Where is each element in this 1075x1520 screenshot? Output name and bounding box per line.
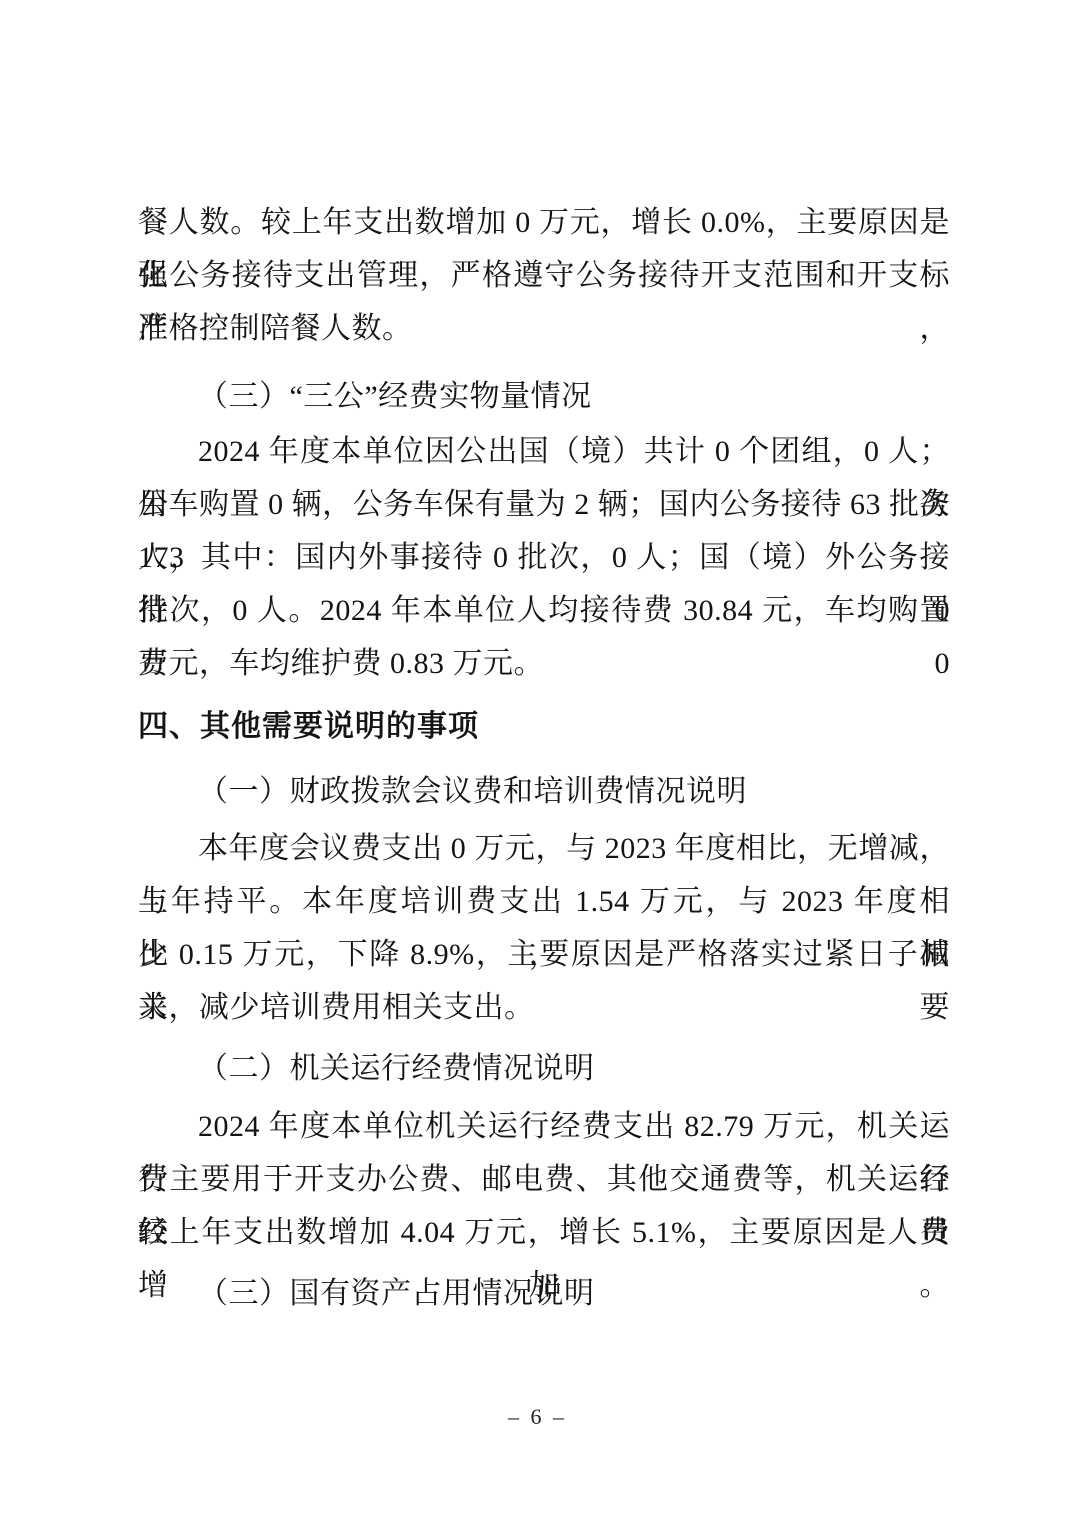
sub-heading-text: （三）国有资产占用情况说明 bbox=[138, 1267, 950, 1320]
sub-heading-text: （三）“三公”经费实物量情况 bbox=[138, 370, 950, 423]
text-line: 2024 年度本单位机关运行经费支出 82.79 万元，机关运行经 bbox=[138, 1100, 950, 1153]
heading-meeting-training-fees: （一）财政拨款会议费和培训费情况说明 bbox=[138, 765, 950, 818]
text-line: 用车购置 0 辆，公务车保有量为 2 辆；国内公务接待 63 批次 173 bbox=[138, 478, 950, 531]
sub-heading-text: （一）财政拨款会议费和培训费情况说明 bbox=[138, 765, 950, 818]
para-meeting-training-fees: 本年度会议费支出 0 万元，与 2023 年度相比，无增减，与 上年持平。本年度… bbox=[138, 822, 950, 1034]
heading-other-matters: 四、其他需要说明的事项 bbox=[138, 700, 950, 753]
section-heading-text: 四、其他需要说明的事项 bbox=[138, 700, 950, 753]
text-line: 上年持平。本年度培训费支出 1.54 万元，与 2023 年度相比，减 bbox=[138, 875, 950, 928]
page-number: – 6 – bbox=[0, 1404, 1075, 1430]
para-sangong-physical-quantity: 2024 年度本单位因公出国（境）共计 0 个团组，0 人；公务 用车购置 0 … bbox=[138, 425, 950, 690]
document-page: 餐人数。较上年支出数增加 0 万元，增长 0.0%，主要原因是强 化公务接待支出… bbox=[0, 0, 1075, 1520]
text-line: 较上年支出数增加 4.04 万元，增长 5.1%，主要原因是人员增加。 bbox=[138, 1206, 950, 1259]
text-line: 本年度会议费支出 0 万元，与 2023 年度相比，无增减，与 bbox=[138, 822, 950, 875]
para-reception-control: 餐人数。较上年支出数增加 0 万元，增长 0.0%，主要原因是强 化公务接待支出… bbox=[138, 196, 950, 355]
text-line: 2024 年度本单位因公出国（境）共计 0 个团组，0 人；公务 bbox=[138, 425, 950, 478]
text-line: 人，其中：国内外事接待 0 批次，0 人；国（境）外公务接待 0 bbox=[138, 531, 950, 584]
heading-sangong-physical-quantity: （三）“三公”经费实物量情况 bbox=[138, 370, 950, 423]
heading-agency-operating-funds: （二）机关运行经费情况说明 bbox=[138, 1042, 950, 1095]
text-line: 餐人数。较上年支出数增加 0 万元，增长 0.0%，主要原因是强 bbox=[138, 196, 950, 249]
para-agency-operating-funds: 2024 年度本单位机关运行经费支出 82.79 万元，机关运行经 费主要用于开… bbox=[138, 1100, 950, 1259]
sub-heading-text: （二）机关运行经费情况说明 bbox=[138, 1042, 950, 1095]
text-line: 费主要用于开支办公费、邮电费、其他交通费等，机关运行经费 bbox=[138, 1153, 950, 1206]
heading-state-owned-assets: （三）国有资产占用情况说明 bbox=[138, 1267, 950, 1320]
text-line: 化公务接待支出管理，严格遵守公务接待开支范围和开支标准， bbox=[138, 249, 950, 302]
text-line: 少 0.15 万元，下降 8.9%，主要原因是严格落实过紧日子相关要 bbox=[138, 928, 950, 981]
text-line: 批次，0 人。2024 年本单位人均接待费 30.84 元，车均购置费 0 bbox=[138, 584, 950, 637]
